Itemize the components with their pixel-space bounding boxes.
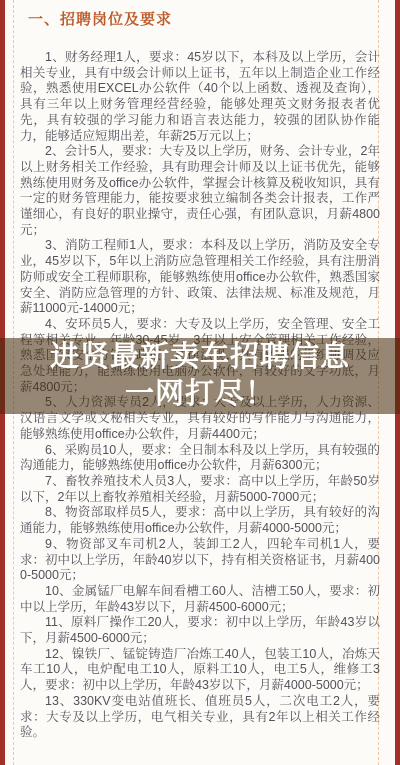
job-item-11: 11、原料厂操作工20人，要求：初中以上学历，年龄43岁以下，月薪4500-60… [20, 615, 380, 646]
job-item-7: 7、畜牧养殖技术人员3人，要求：高中以上学历，年龄50岁以下，2年以上畜牧养殖相… [20, 474, 380, 505]
job-item-13: 13、330KV变电站值班长、值班员5人，二次电工2人，要求：大专及以上学历，电… [20, 694, 380, 741]
job-item-9: 9、物资部叉车司机2人，装卸工2人，四轮车司机1人，要求：初中以上学历，年龄40… [20, 537, 380, 584]
section-title: 一、招聘岗位及要求 [28, 8, 172, 29]
job-item-10: 10、金属锰厂电解车间看槽工60人、洁槽工50人，要求：初中以上学历，年龄43岁… [20, 584, 380, 615]
job-item-6: 6、采购员10人，要求：全日制本科及以上学历，具有较强的沟通能力，能够熟练使用o… [20, 443, 380, 474]
watermark-line-2: 一网打尽！ [125, 376, 275, 413]
watermark-line-1: 进贤最新卖车招聘信息 [50, 339, 350, 376]
job-item-3: 3、消防工程师1人，要求：本科及以上学历，消防及安全专业，45岁以下，5年以上消… [20, 238, 380, 317]
recruitment-notice-page: 一、招聘岗位及要求 1、财务经理1人，要求：45岁以下，本科及以上学历，会计相关… [0, 0, 400, 765]
job-item-8: 8、物资部取样员5人，要求：高中以上学历，具有较好的沟通能力，能够熟练使用off… [20, 505, 380, 536]
job-item-12: 12、镍铁厂、锰锭铸造厂冶炼工40人，包装工10人，冶炼天车工10人，电炉配电工… [20, 647, 380, 694]
job-item-2: 2、会计5人，要求：大专及以上学历，财务、会计专业，2年以上财务相关工作经验，具… [20, 144, 380, 238]
watermark-overlay: 进贤最新卖车招聘信息 一网打尽！ [0, 338, 400, 414]
job-item-1: 1、财务经理1人，要求：45岁以下，本科及以上学历，会计相关专业，具有中级会计师… [20, 50, 380, 144]
